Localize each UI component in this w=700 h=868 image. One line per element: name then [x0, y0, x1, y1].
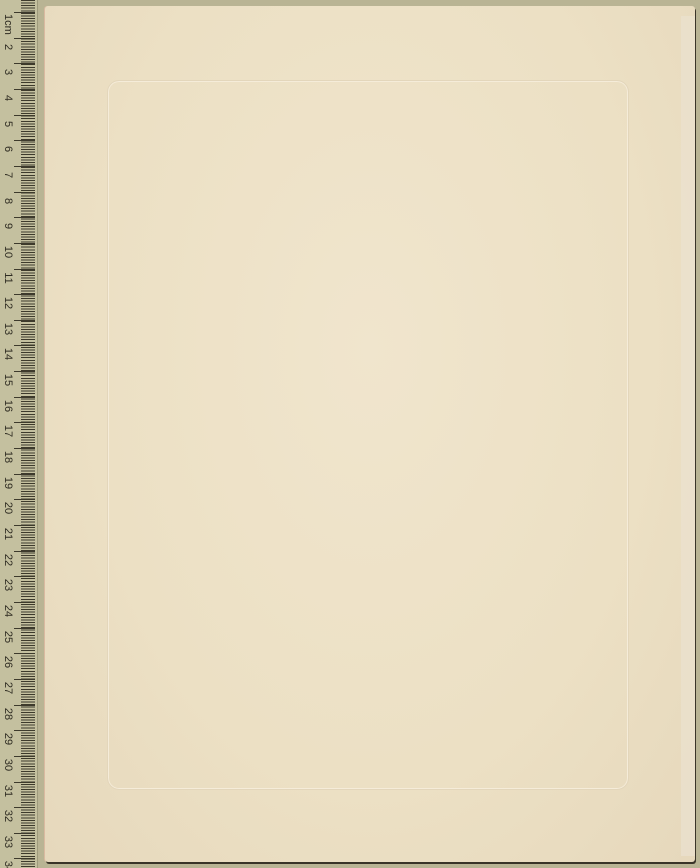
plate-mark — [107, 80, 629, 790]
ruler-label: 8 — [1, 194, 15, 208]
ruler-label: 9 — [1, 219, 15, 233]
ruler-label: 10 — [1, 245, 15, 259]
ruler-major-tick — [14, 115, 35, 116]
ruler-major-tick — [14, 38, 35, 39]
ruler-major-tick — [14, 782, 35, 783]
ruler-label: 12 — [1, 296, 15, 310]
ruler-label: 13 — [1, 322, 15, 336]
ruler-label: 34 — [1, 860, 15, 868]
ruler-major-tick — [14, 320, 35, 321]
ruler-major-tick — [14, 269, 35, 270]
paper-edge — [681, 16, 695, 856]
ruler-label: 6 — [1, 142, 15, 156]
ruler-major-tick — [14, 345, 35, 346]
ruler-major-tick — [14, 474, 35, 475]
ruler-major-tick — [14, 705, 35, 706]
ruler-label: 31 — [1, 784, 15, 798]
ruler-label: 23 — [1, 578, 15, 592]
ruler-major-tick — [14, 192, 35, 193]
ruler-major-tick — [14, 576, 35, 577]
ruler-label: 17 — [1, 424, 15, 438]
ruler-label: 2 — [1, 40, 15, 54]
ruler-major-tick — [14, 551, 35, 552]
ruler-label: 26 — [1, 655, 15, 669]
ruler-major-tick — [14, 525, 35, 526]
ruler-major-tick — [14, 371, 35, 372]
ruler-label: 18 — [1, 450, 15, 464]
paper-sheet — [45, 6, 695, 862]
ruler-label: 29 — [1, 732, 15, 746]
measuring-ruler: 1cm2345678910111213141516171819202122232… — [0, 0, 38, 868]
ruler-major-tick — [14, 730, 35, 731]
ruler-label: 30 — [1, 758, 15, 772]
ruler-major-tick — [14, 499, 35, 500]
ruler-major-tick — [14, 602, 35, 603]
ruler-label: 5 — [1, 117, 15, 131]
ruler-major-tick — [14, 653, 35, 654]
ruler-label: 24 — [1, 604, 15, 618]
ruler-label: 16 — [1, 399, 15, 413]
ruler-major-tick — [14, 807, 35, 808]
ruler-major-tick — [14, 166, 35, 167]
ruler-major-tick — [14, 448, 35, 449]
ruler-label: 21 — [1, 527, 15, 541]
ruler-label: 19 — [1, 476, 15, 490]
ruler-major-tick — [14, 140, 35, 141]
ruler-major-tick — [14, 12, 35, 13]
ruler-label: 33 — [1, 835, 15, 849]
ruler-label: 7 — [1, 168, 15, 182]
ruler-label: 15 — [1, 373, 15, 387]
ruler-label: 28 — [1, 707, 15, 721]
ruler-major-tick — [14, 679, 35, 680]
ruler-major-tick — [14, 63, 35, 64]
ruler-label: 4 — [1, 91, 15, 105]
ruler-label: 3 — [1, 65, 15, 79]
ruler-major-tick — [14, 858, 35, 859]
ruler-major-tick — [14, 397, 35, 398]
ruler-ticks — [21, 0, 35, 868]
ruler-major-tick — [14, 422, 35, 423]
ruler-major-tick — [14, 243, 35, 244]
ruler-label: 1cm — [1, 14, 15, 28]
ruler-major-tick — [14, 628, 35, 629]
ruler-label: 11 — [1, 271, 15, 285]
ruler-label: 32 — [1, 809, 15, 823]
ruler-label: 14 — [1, 347, 15, 361]
ruler-major-tick — [14, 294, 35, 295]
ruler-label: 22 — [1, 553, 15, 567]
ruler-major-tick — [14, 217, 35, 218]
ruler-label: 20 — [1, 501, 15, 515]
ruler-major-tick — [14, 833, 35, 834]
ruler-major-tick — [14, 756, 35, 757]
ruler-label: 27 — [1, 681, 15, 695]
ruler-major-tick — [14, 89, 35, 90]
ruler-label: 25 — [1, 630, 15, 644]
